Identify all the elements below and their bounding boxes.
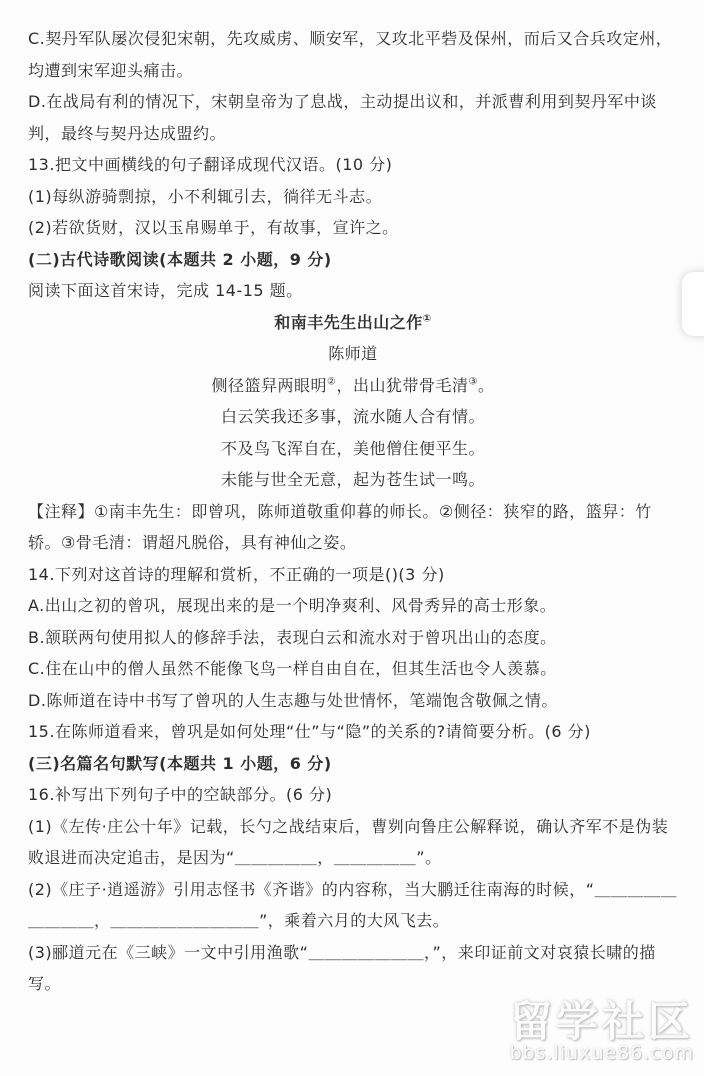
poem-line-1: 侧径篮舁两眼明②，出山犹带骨毛清③。 <box>28 370 678 402</box>
section-2-intro: 阅读下面这首宋诗，完成 14-15 题。 <box>28 275 678 307</box>
poem-title-note-mark: ① <box>423 313 432 324</box>
question-14-option-b: B.颔联两句使用拟人的修辞手法，表现白云和流水对于曾巩出山的态度。 <box>28 622 678 654</box>
poem-line-4: 未能与世全无意，起为苍生试一鸣。 <box>28 464 678 496</box>
question-14-stem: 14.下列对这首诗的理解和赏析，不正确的一项是()(3 分) <box>28 559 678 591</box>
question-13-stem: 13.把文中画横线的句子翻译成现代汉语。(10 分) <box>28 149 678 181</box>
question-16-part-1: (1)《左传·庄公十年》记载，长勺之战结束后，曹刿向鲁庄公解释说，确认齐军不是伪… <box>28 811 678 874</box>
poem-title-text: 和南丰先生出山之作 <box>274 313 423 332</box>
question-16-part-3: (3)郦道元在《三峡》一文中引用渔歌“＿＿＿＿＿＿＿，”，来印证前文对哀猿长啸的… <box>28 937 678 1000</box>
exam-page: C.契丹军队屡次侵犯宋朝，先攻威虏、顺安军，又攻北平砦及保州，而后又合兵攻定州，… <box>0 0 704 1076</box>
poem-notes: 【注释】①南丰先生：即曾巩，陈师道敬重仰暮的师长。②侧径：狭窄的路，篮舁：竹轿。… <box>28 496 678 559</box>
poem-line-1-text-c: 。 <box>478 376 495 395</box>
poem-line-3: 不及鸟飞浑自在，美他僧住便平生。 <box>28 433 678 465</box>
exam-body: C.契丹军队屡次侵犯宋朝，先攻威虏、顺安军，又攻北平砦及保州，而后又合兵攻定州，… <box>0 0 700 1000</box>
watermark-url-text: bbs.liuxue86.com <box>510 1042 694 1064</box>
question-15-stem: 15.在陈师道看来，曾巩是如何处理“仕”与“隐”的关系的?请简要分析。(6 分) <box>28 716 678 748</box>
choice-option-d: D.在战局有利的情况下，宋朝皇帝为了息战，主动提出议和，并派曹利用到契丹军中谈判… <box>28 86 678 149</box>
question-14-option-c: C.住在山中的僧人虽然不能像飞鸟一样自由自在，但其生活也令人羡慕。 <box>28 653 678 685</box>
edge-ghost-shape <box>682 272 704 336</box>
section-3-heading: (三)名篇名句默写(本题共 1 小题，6 分) <box>28 748 678 780</box>
poem-line-1-text-b: ，出山犹带骨毛清 <box>336 376 468 395</box>
question-13-part-2: (2)若欲货财，汉以玉帛赐单于，有故事，宣许之。 <box>28 212 678 244</box>
poem-line-1-text-a: 侧径篮舁两眼明 <box>212 376 328 395</box>
section-2-heading: (二)古代诗歌阅读(本题共 2 小题，9 分) <box>28 244 678 276</box>
question-13-part-1: (1)每纵游骑剽掠，小不利辄引去，徜徉无斗志。 <box>28 181 678 213</box>
poem-line-2: 白云笑我还多事，流水随人合有情。 <box>28 401 678 433</box>
poem-title: 和南丰先生出山之作① <box>28 307 678 339</box>
question-14-option-d: D.陈师道在诗中书写了曾巩的人生志趣与处世情怀，笔端饱含敬佩之情。 <box>28 685 678 717</box>
site-watermark: 留学社区 bbs.liuxue86.com <box>510 1002 694 1064</box>
question-16-stem: 16.补写出下列句子中的空缺部分。(6 分) <box>28 779 678 811</box>
question-16-part-2: (2)《庄子·逍遥游》引用志怪书《齐谐》的内容称，当大鹏迁往南海的时候，“＿＿＿… <box>28 874 678 937</box>
question-14-option-a: A.出山之初的曾巩，展现出来的是一个明净爽利、风骨秀异的高士形象。 <box>28 590 678 622</box>
poem-line-1-note-mark-3: ③ <box>469 376 478 387</box>
watermark-logo-text: 留学社区 <box>510 1002 694 1042</box>
choice-option-c: C.契丹军队屡次侵犯宋朝，先攻威虏、顺安军，又攻北平砦及保州，而后又合兵攻定州，… <box>28 23 678 86</box>
poem-author: 陈师道 <box>28 338 678 370</box>
